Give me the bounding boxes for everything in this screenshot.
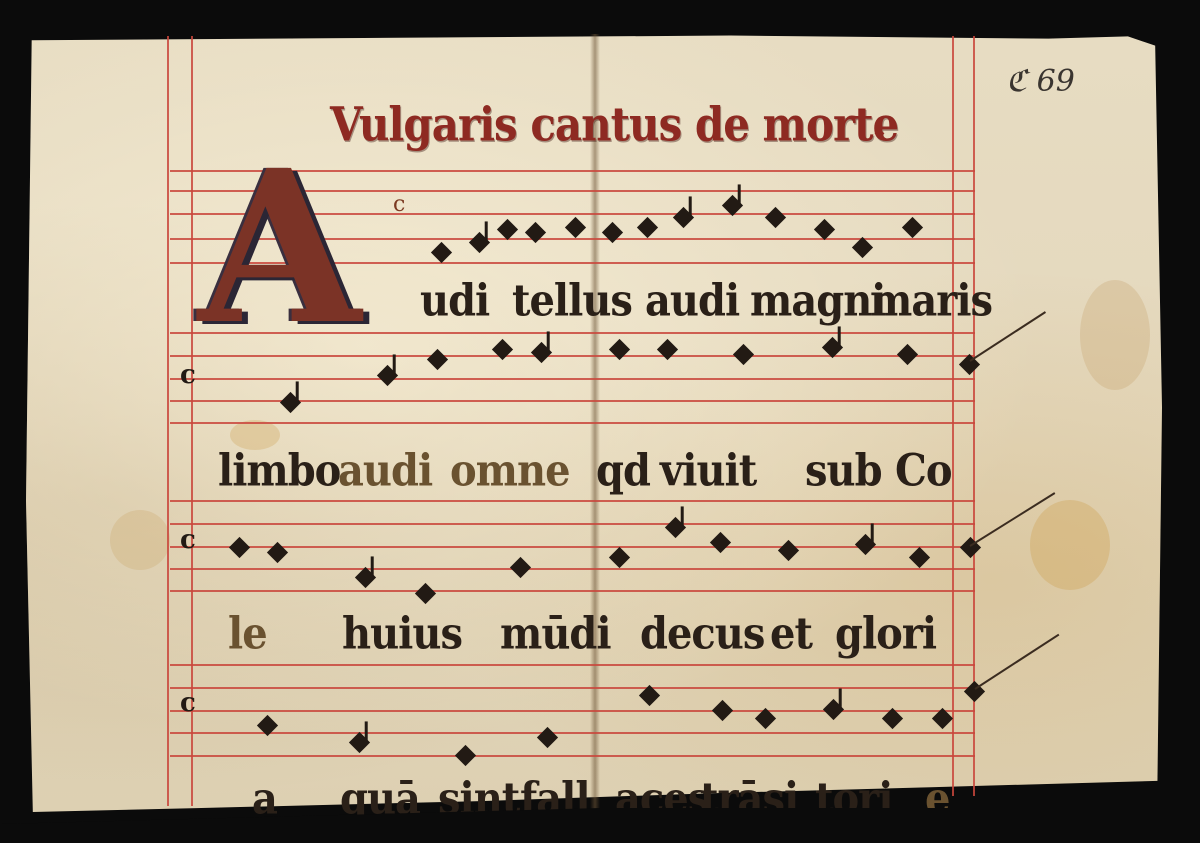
lyric-line-1: maris (870, 275, 992, 327)
lyric-line-2: viuit (660, 445, 756, 497)
lyric-line-2: limbo (218, 445, 340, 497)
lyric-line-3: decus (640, 608, 764, 660)
ruling-vertical (167, 36, 169, 806)
clef-c: c (180, 360, 196, 390)
clef-c: c (180, 525, 196, 555)
lyric-line-3: le (228, 608, 267, 660)
ruling-vertical (952, 36, 954, 796)
heading-rubric: Vulgaris cantus de morte (330, 97, 898, 152)
lyric-line-2: qd (596, 445, 650, 497)
lyric-line-3: huius (342, 608, 462, 660)
lyric-line-1: audi (645, 275, 739, 327)
illuminated-initial: A (198, 165, 378, 355)
lyric-line-2: Co (895, 445, 952, 497)
folio-number: ℭ 69 (1006, 64, 1075, 99)
clef-c: c (393, 192, 405, 217)
lyric-line-3: mūdi (500, 608, 611, 660)
lyric-line-3: et (770, 608, 812, 660)
initial-letter: A (198, 143, 361, 353)
lyric-line-3: glori (835, 608, 936, 660)
lyric-line-2: audi (338, 445, 432, 497)
stain (1080, 280, 1150, 390)
lyric-line-1: tellus (512, 275, 632, 327)
clef-c: c (180, 688, 196, 718)
stain (1030, 500, 1110, 590)
lyric-line-2: omne (450, 445, 570, 497)
background-edge (0, 808, 1200, 843)
lyric-line-1: magni (750, 275, 886, 327)
lyric-line-4: a (252, 773, 277, 825)
lyric-line-2: sub (805, 445, 882, 497)
stain (110, 510, 170, 570)
lyric-line-1: udi (420, 275, 489, 327)
